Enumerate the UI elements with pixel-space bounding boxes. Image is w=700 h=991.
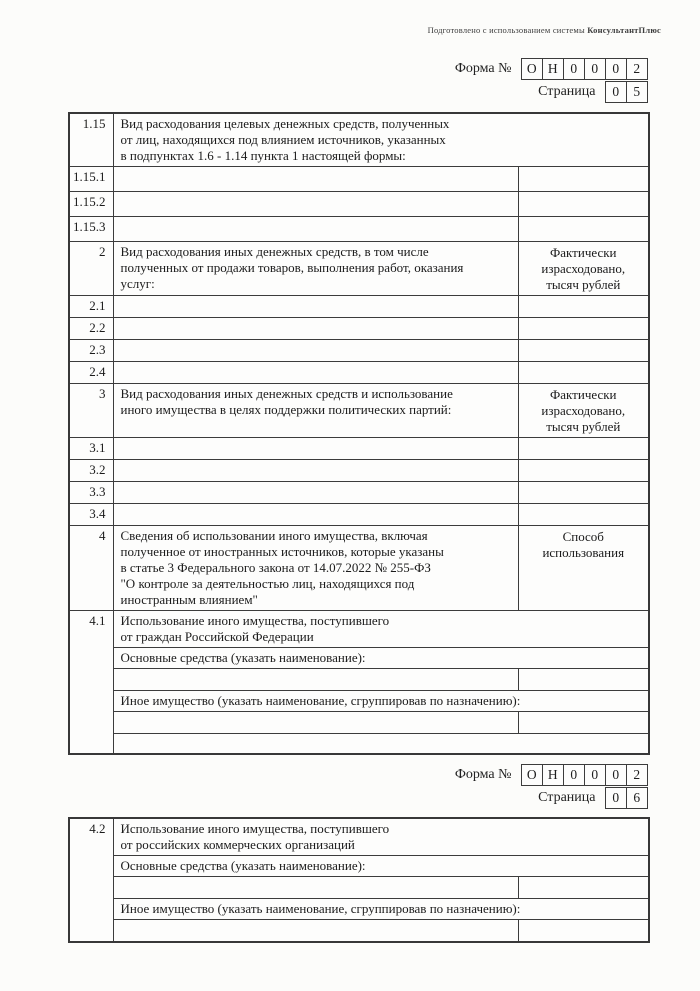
page-number-box: 6 <box>626 787 649 809</box>
row-number: 2.3 <box>69 340 113 362</box>
row-number: 1.15.3 <box>69 217 113 242</box>
table-row: 2.4 <box>69 362 649 384</box>
amount-cell-empty <box>518 167 649 192</box>
value-cell-empty <box>113 217 518 242</box>
page-label: Страница <box>538 84 595 100</box>
usage-cell-empty <box>518 669 649 691</box>
value-cell-empty <box>113 167 518 192</box>
table-row: 1.15.2 <box>69 192 649 217</box>
other-property-label: Иное имущество (указать наименование, сг… <box>113 899 649 920</box>
amount-cell-empty <box>518 340 649 362</box>
table-row: 1.15 Вид расходования целевых денежных с… <box>69 113 649 167</box>
row-number: 4.2 <box>69 818 113 942</box>
form-number-block-page5: Форма № О Н 0 0 0 2 Страница 0 5 <box>455 58 648 103</box>
value-cell-empty <box>113 438 518 460</box>
row-number: 1.15 <box>69 113 113 167</box>
table-row <box>69 669 649 691</box>
page-number-box: 5 <box>626 81 649 103</box>
row-number: 3.2 <box>69 460 113 482</box>
table-row: 1.15.1 <box>69 167 649 192</box>
table-row: 3.2 <box>69 460 649 482</box>
table-row: Иное имущество (указать наименование, сг… <box>69 899 649 920</box>
table-row: 2.3 <box>69 340 649 362</box>
watermark-brand: КонсультантПлюс <box>587 25 661 35</box>
consultantplus-watermark: Подготовлено с использованием системы Ко… <box>428 25 661 35</box>
row-number: 1.15.2 <box>69 192 113 217</box>
value-cell-empty <box>113 318 518 340</box>
row-number: 4 <box>69 526 113 611</box>
page-number-box: 0 <box>605 81 628 103</box>
row-number: 3.4 <box>69 504 113 526</box>
value-cell-empty <box>113 482 518 504</box>
row-number: 3.3 <box>69 482 113 504</box>
table-row: 3 Вид расходования иных денежных средств… <box>69 384 649 438</box>
usage-cell-empty <box>518 712 649 734</box>
page-number-row: Страница 0 5 <box>538 81 648 103</box>
value-cell-empty <box>113 362 518 384</box>
value-cell-empty <box>113 920 518 942</box>
value-cell-empty <box>113 192 518 217</box>
table-row <box>69 734 649 754</box>
amount-cell-empty <box>518 438 649 460</box>
page-number-boxes: 0 6 <box>605 787 649 809</box>
column-header-actually-spent: Фактически израсходовано, тысяч рублей <box>518 384 649 438</box>
usage-cell-empty <box>518 920 649 942</box>
row-2-text: Вид расходования иных денежных средств, … <box>113 242 518 296</box>
page-number-box: 0 <box>605 787 628 809</box>
value-cell-empty <box>113 340 518 362</box>
table-row: Основные средства (указать наименование)… <box>69 648 649 669</box>
table-row: 3.4 <box>69 504 649 526</box>
value-cell-empty-full <box>113 734 649 754</box>
form-code-row: Форма № О Н 0 0 0 2 <box>455 58 648 80</box>
row-number: 2 <box>69 242 113 296</box>
table-row <box>69 877 649 899</box>
table-row: 4.2 Использование иного имущества, посту… <box>69 818 649 856</box>
table-row: 1.15.3 <box>69 217 649 242</box>
row-3-text: Вид расходования иных денежных средств и… <box>113 384 518 438</box>
amount-cell-empty <box>518 460 649 482</box>
amount-cell-empty <box>518 217 649 242</box>
form-code-box: Н <box>542 58 565 80</box>
row-number: 3 <box>69 384 113 438</box>
value-cell-empty <box>113 504 518 526</box>
amount-cell-empty <box>518 482 649 504</box>
fixed-assets-label: Основные средства (указать наименование)… <box>113 648 649 669</box>
form-code-box: О <box>521 764 544 786</box>
row-1-15-text: Вид расходования целевых денежных средст… <box>113 113 649 167</box>
row-4-2-title: Использование иного имущества, поступивш… <box>113 818 649 856</box>
column-header-actually-spent: Фактически израсходовано, тысяч рублей <box>518 242 649 296</box>
expenditure-table-page5: 1.15 Вид расходования целевых денежных с… <box>68 112 650 755</box>
table-row: 2 Вид расходования иных денежных средств… <box>69 242 649 296</box>
form-code-box: Н <box>542 764 565 786</box>
column-header-usage-method: Способ использования <box>518 526 649 611</box>
watermark-prefix: Подготовлено с использованием системы <box>428 25 585 35</box>
property-usage-table-page6: 4.2 Использование иного имущества, посту… <box>68 817 650 943</box>
amount-cell-empty <box>518 504 649 526</box>
amount-cell-empty <box>518 318 649 340</box>
form-label: Форма № <box>455 767 512 783</box>
row-number: 1.15.1 <box>69 167 113 192</box>
form-number-block-page6: Форма № О Н 0 0 0 2 Страница 0 6 <box>455 764 648 809</box>
table-row: 4 Сведения об использовании иного имущес… <box>69 526 649 611</box>
form-code-boxes: О Н 0 0 0 2 <box>521 764 649 786</box>
form-code-row: Форма № О Н 0 0 0 2 <box>455 764 648 786</box>
usage-cell-empty <box>518 877 649 899</box>
amount-cell-empty <box>518 362 649 384</box>
amount-cell-empty <box>518 296 649 318</box>
row-4-text: Сведения об использовании иного имуществ… <box>113 526 518 611</box>
value-cell-empty <box>113 460 518 482</box>
row-number: 4.1 <box>69 611 113 754</box>
page-label: Страница <box>538 790 595 806</box>
form-code-box: 2 <box>626 58 649 80</box>
form-code-box: 0 <box>605 58 628 80</box>
table-row: 2.1 <box>69 296 649 318</box>
table-row: 3.1 <box>69 438 649 460</box>
table-row: Иное имущество (указать наименование, сг… <box>69 691 649 712</box>
form-code-box: 2 <box>626 764 649 786</box>
scanned-form-page: { "watermark": { "prefix": "Подготовлено… <box>0 0 700 991</box>
row-number: 3.1 <box>69 438 113 460</box>
table-row <box>69 920 649 942</box>
form-code-box: 0 <box>605 764 628 786</box>
table-row: 3.3 <box>69 482 649 504</box>
form-label: Форма № <box>455 61 512 77</box>
value-cell-empty <box>113 296 518 318</box>
table-row: Основные средства (указать наименование)… <box>69 856 649 877</box>
row-number: 2.4 <box>69 362 113 384</box>
row-number: 2.1 <box>69 296 113 318</box>
value-cell-empty <box>113 712 518 734</box>
value-cell-empty <box>113 669 518 691</box>
row-number: 2.2 <box>69 318 113 340</box>
page-number-row: Страница 0 6 <box>538 787 648 809</box>
table-row: 2.2 <box>69 318 649 340</box>
form-code-box: О <box>521 58 544 80</box>
form-code-boxes: О Н 0 0 0 2 <box>521 58 649 80</box>
row-4-1-title: Использование иного имущества, поступивш… <box>113 611 649 648</box>
form-code-box: 0 <box>563 58 586 80</box>
table-row: 4.1 Использование иного имущества, посту… <box>69 611 649 648</box>
page-number-boxes: 0 5 <box>605 81 649 103</box>
value-cell-empty <box>113 877 518 899</box>
fixed-assets-label: Основные средства (указать наименование)… <box>113 856 649 877</box>
form-code-box: 0 <box>584 58 607 80</box>
form-code-box: 0 <box>584 764 607 786</box>
other-property-label: Иное имущество (указать наименование, сг… <box>113 691 649 712</box>
amount-cell-empty <box>518 192 649 217</box>
table-row <box>69 712 649 734</box>
form-code-box: 0 <box>563 764 586 786</box>
